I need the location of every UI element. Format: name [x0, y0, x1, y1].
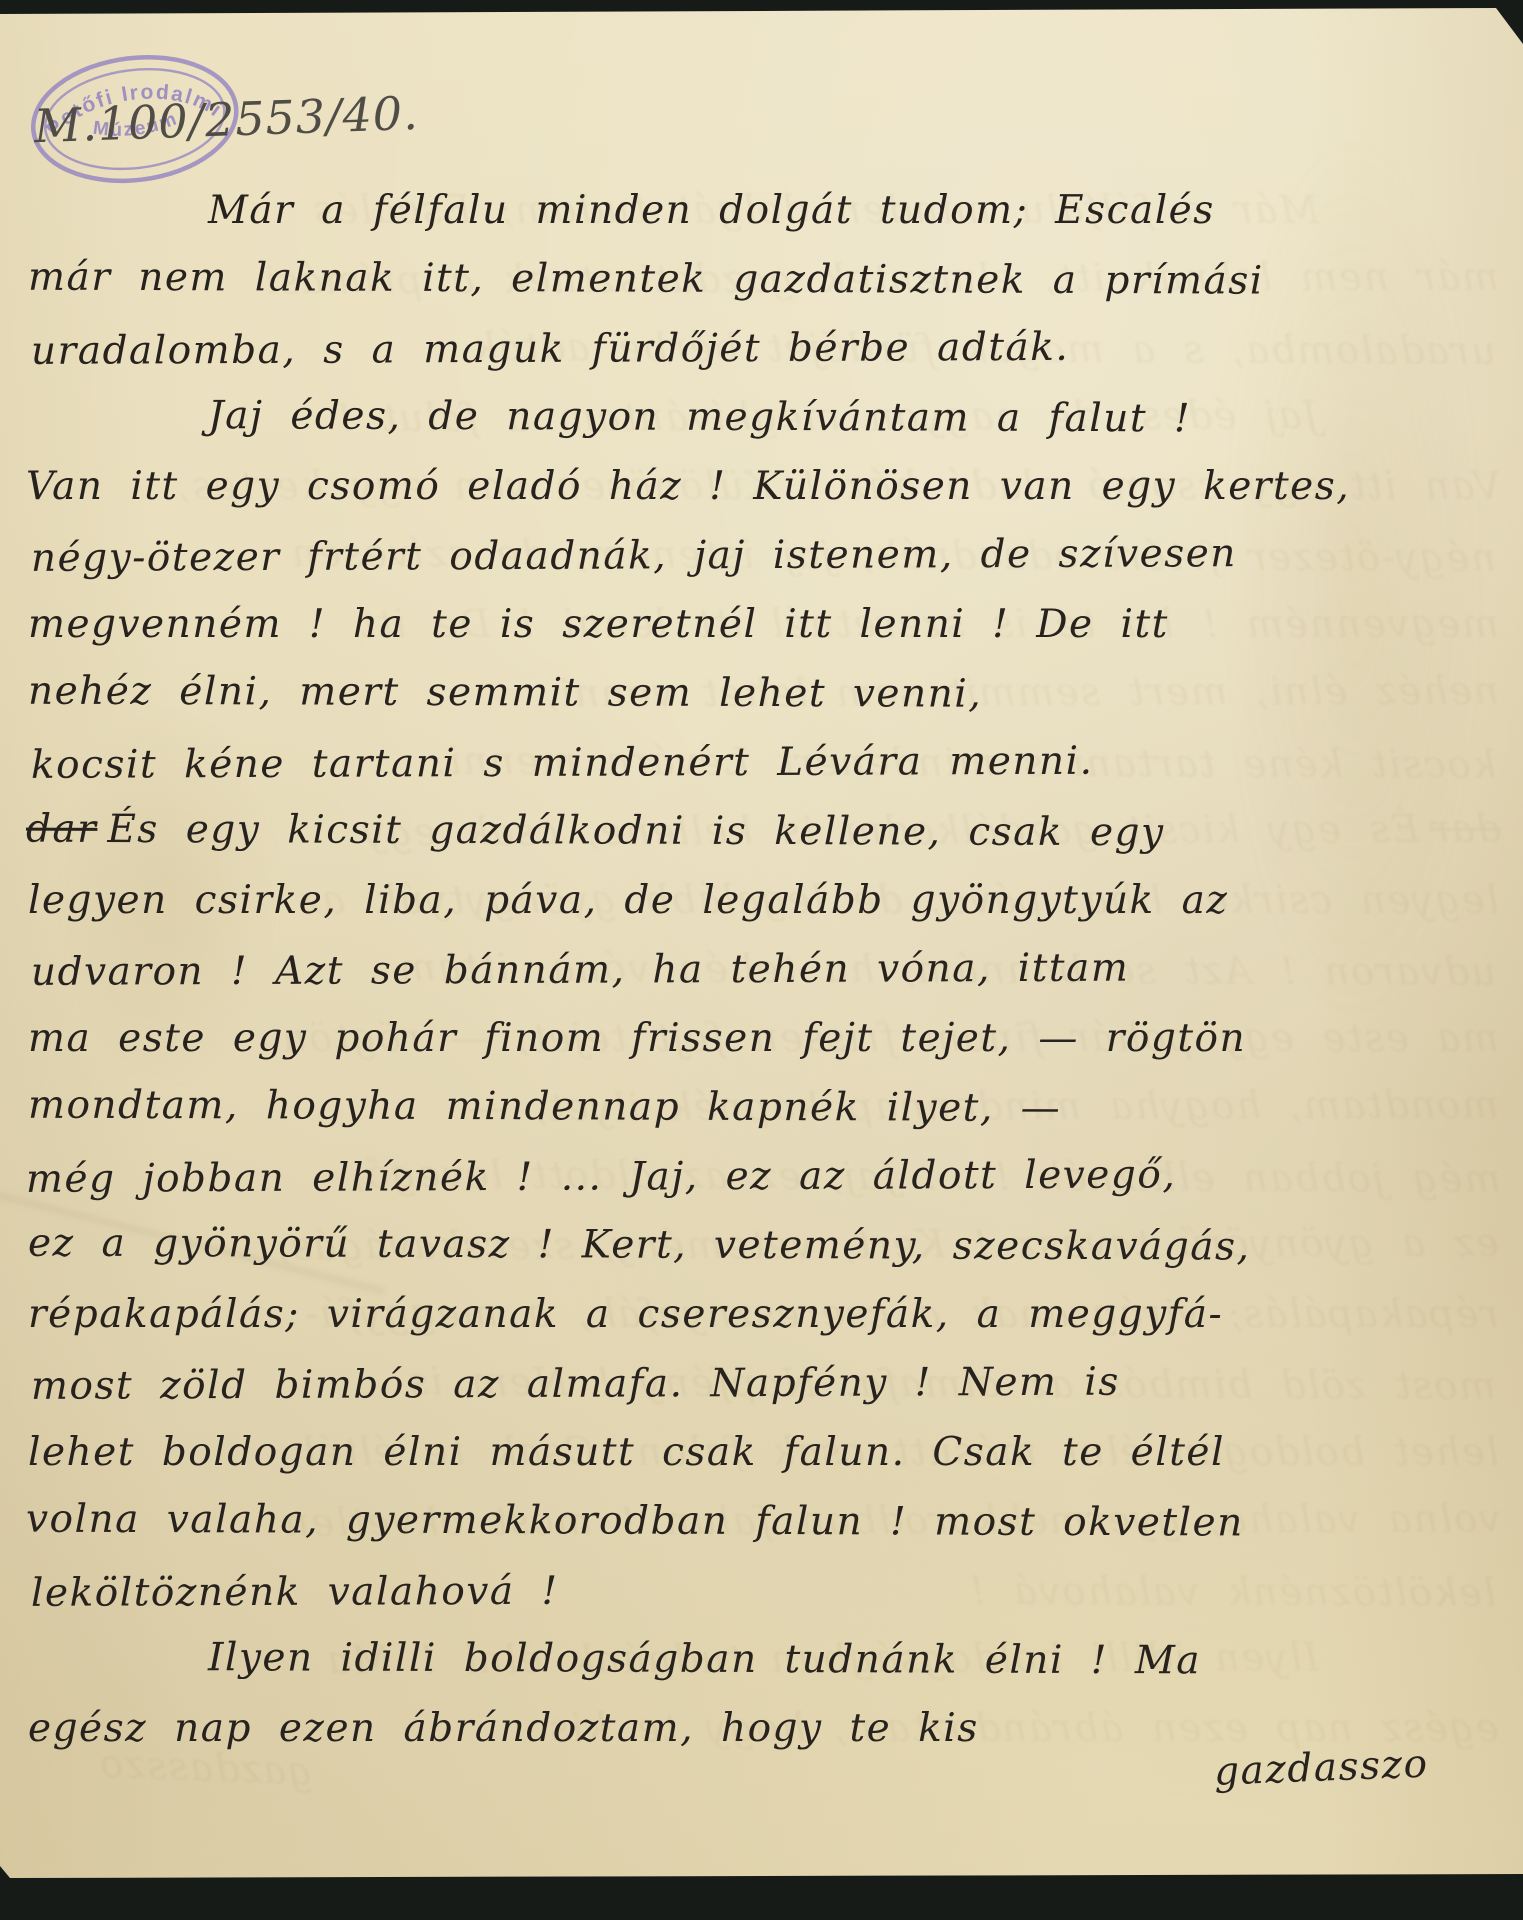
letter-line: ma este egy pohár finom frissen fejt tej… — [28, 1004, 1499, 1073]
letter-line: leköltöznénk valahová ! — [31, 1553, 1499, 1628]
letter-line-text: egész nap ezen ábrándoztam, hogy te kis — [28, 1706, 979, 1751]
letter-line-text: most zöld bimbós az almafa. Napfény ! Ne… — [31, 1360, 1120, 1409]
letter-line: mondtam, hogyha mindennap kapnék ilyet, … — [28, 1071, 1499, 1145]
letter-line-text: volna valaha, gyermekkorodban falun ! mo… — [26, 1497, 1244, 1546]
letter-line-text: gazdasszo — [1213, 1742, 1429, 1795]
letter-line-text: négy-ötezer frtért odaadnák, jaj istenem… — [31, 531, 1237, 581]
letter-line: Van itt egy csomó eladó ház ! Különösen … — [26, 452, 1499, 521]
letter-line-text: ma este egy pohár finom frissen fejt tej… — [28, 1016, 1246, 1061]
letter-line-text: répakapálás; virágzanak a cseresznyefák,… — [28, 1292, 1223, 1337]
letter-line: uradalomba, s a maguk fürdőjét bérbe adt… — [31, 311, 1499, 386]
letter-line: darÉs egy kicsit gazdálkodni is kellene,… — [26, 795, 1499, 869]
letter-line: még jobban elhíznék ! ... Jaj, ez az áld… — [26, 1139, 1499, 1214]
letter-line: most zöld bimbós az almafa. Napfény ! Ne… — [31, 1346, 1499, 1421]
letter-line-text: uradalomba, s a maguk fürdőjét bérbe adt… — [31, 325, 1069, 374]
letter-line: legyen csirke, liba, páva, de legalább g… — [28, 866, 1499, 935]
scanned-letter: Petőfi Irodalmi Múzeum M.100/2553/40. Má… — [0, 0, 1523, 1920]
letter-line-text: megvenném ! ha te is szeretnél itt lenni… — [28, 602, 1169, 647]
letter-line-text: ez a gyönyörű tavasz ! Kert, vetemény, s… — [28, 1221, 1251, 1270]
letter-line-text: Ilyen idilli boldogságban tudnánk élni !… — [208, 1635, 1201, 1683]
letter-body: Már a félfalu minden dolgát tudom; Escal… — [28, 176, 1499, 1824]
letter-line: Jaj édes, de nagyon megkívántam a falut … — [28, 381, 1499, 455]
letter-line-text: legyen csirke, liba, páva, de legalább g… — [28, 878, 1228, 923]
letter-line: ez a gyönyörű tavasz ! Kert, vetemény, s… — [28, 1209, 1499, 1283]
letter-line: már nem laknak itt, elmentek gazdatisztn… — [28, 243, 1499, 317]
letter-line: répakapálás; virágzanak a cseresznyefák,… — [28, 1280, 1499, 1349]
letter-line: Már a félfalu minden dolgát tudom; Escal… — [28, 176, 1499, 245]
letter-line: kocsit kéne tartani s mindenért Lévára m… — [31, 725, 1499, 800]
stamp-inventory-number: M.100/2553/40. — [33, 89, 335, 153]
letter-line: négy-ötezer frtért odaadnák, jaj istenem… — [31, 518, 1499, 593]
letter-line-text: kocsit kéne tartani s mindenért Lévára m… — [31, 739, 1094, 788]
letter-line: Ilyen idilli boldogságban tudnánk élni !… — [28, 1623, 1499, 1697]
struck-word: dar — [26, 807, 98, 852]
letter-line-text: leköltöznénk valahová ! — [31, 1569, 559, 1616]
document-page: Petőfi Irodalmi Múzeum M.100/2553/40. Má… — [0, 8, 1523, 1878]
letter-line-text: udvaron ! Azt se bánnám, ha tehén vóna, … — [31, 946, 1129, 995]
letter-line: udvaron ! Azt se bánnám, ha tehén vóna, … — [31, 932, 1499, 1007]
letter-line: nehéz élni, mert semmit sem lehet venni, — [28, 657, 1499, 731]
letter-line: megvenném ! ha te is szeretnél itt lenni… — [28, 590, 1499, 659]
letter-line-text: Van itt egy csomó eladó ház ! Különösen … — [26, 464, 1350, 509]
letter-line-text: És egy kicsit gazdálkodni is kellene, cs… — [107, 807, 1164, 855]
letter-line-text: Jaj édes, de nagyon megkívántam a falut … — [208, 393, 1191, 441]
letter-line-text: mondtam, hogyha mindennap kapnék ilyet, … — [28, 1083, 1061, 1131]
letter-line-text: Már a félfalu minden dolgát tudom; Escal… — [208, 188, 1215, 233]
letter-line-text: már nem laknak itt, elmentek gazdatisztn… — [28, 255, 1264, 304]
letter-line: volna valaha, gyermekkorodban falun ! mo… — [26, 1485, 1499, 1559]
letter-line: lehet boldogan élni másutt csak falun. C… — [28, 1418, 1499, 1487]
letter-line-text: nehéz élni, mert semmit sem lehet venni, — [28, 669, 982, 717]
letter-line-text: lehet boldogan élni másutt csak falun. C… — [28, 1430, 1225, 1475]
letter-line-text: még jobban elhíznék ! ... Jaj, ez az áld… — [26, 1152, 1176, 1201]
